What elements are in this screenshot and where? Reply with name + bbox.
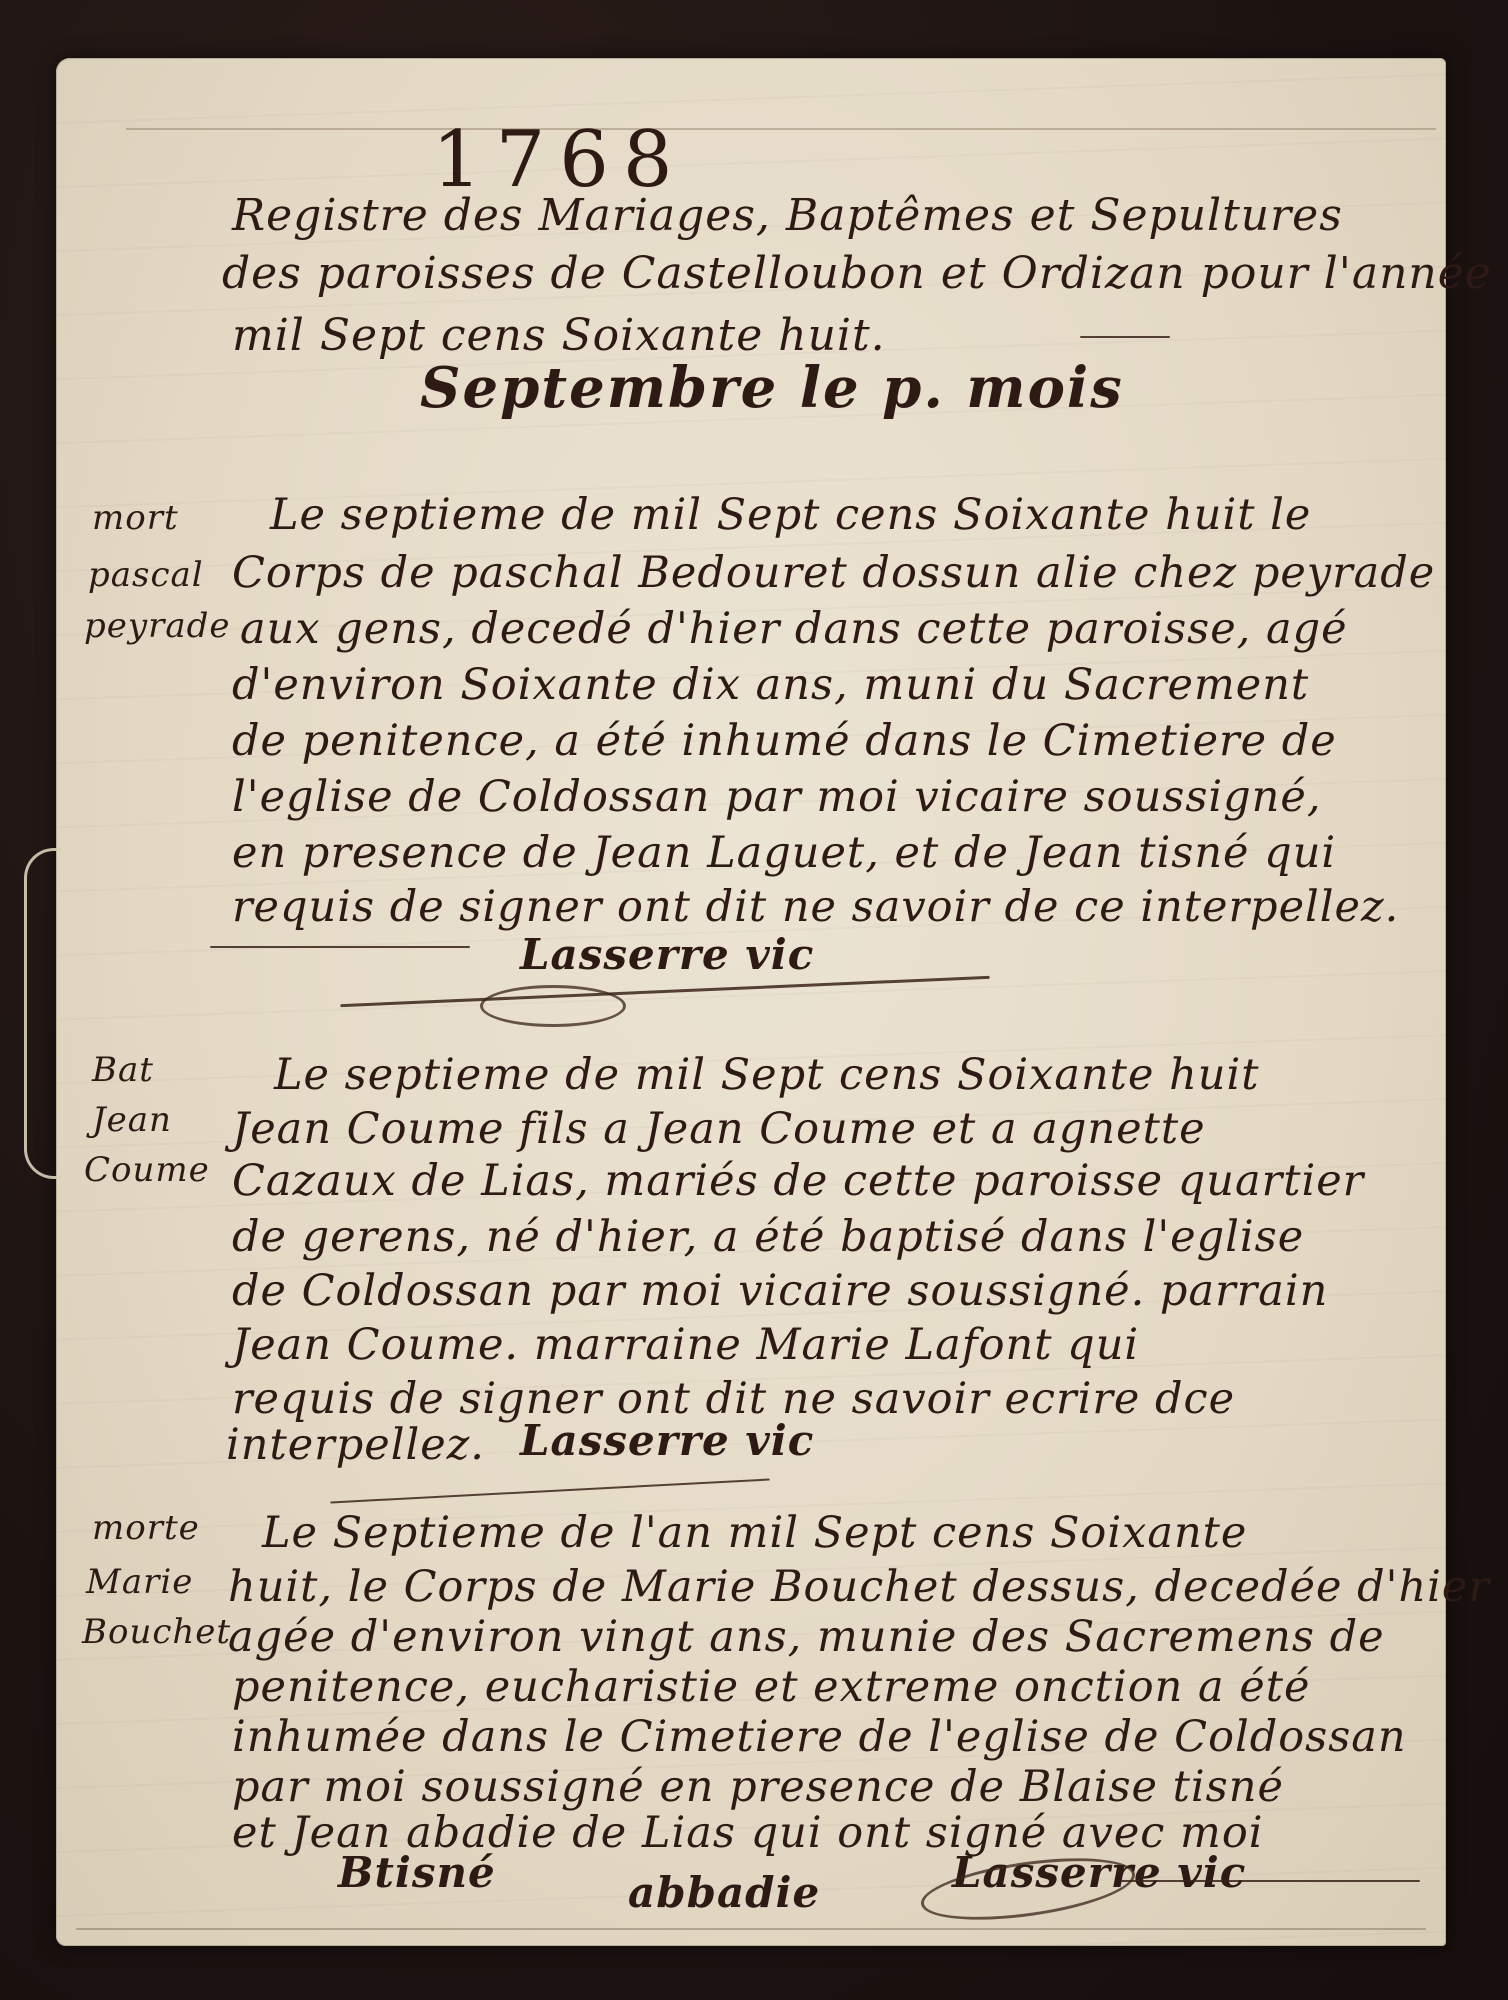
entry-3-line-2: huit, le Corps de Marie Bouchet dessus, … [228, 1562, 1490, 1612]
entry-3-signature-tisne: Btisné [338, 1848, 496, 1897]
entry-3-line-6: par moi soussigné en presence de Blaise … [232, 1762, 1284, 1812]
entry-2-line-2: Jean Coume fils a Jean Coume et a agnett… [232, 1104, 1206, 1154]
header-rule [1080, 336, 1170, 338]
entry-1-line-3: aux gens, decedé d'hier dans cette paroi… [240, 604, 1348, 654]
entry-1-line-6: l'eglise de Coldossan par moi vicaire so… [232, 772, 1322, 822]
entry-2-margin-note-3: Coume [84, 1150, 210, 1190]
entry-3-margin-note-1: morte [92, 1508, 200, 1548]
entry-2-line-5: de Coldossan par moi vicaire soussigné. … [232, 1266, 1328, 1316]
entry-1-line-8: requis de signer ont dit ne savoir de ce… [232, 882, 1399, 932]
entry-1-line-4: d'environ Soixante dix ans, muni du Sacr… [232, 660, 1309, 710]
entry-2-line-4: de gerens, né d'hier, a été baptisé dans… [232, 1212, 1304, 1262]
entry-2-margin-note-1: Bat [92, 1050, 154, 1090]
page-bottom-edge [76, 1928, 1426, 1930]
entry-1-margin-note-2: pascal [88, 555, 204, 595]
entry-1-line-2: Corps de paschal Bedouret dossun alie ch… [232, 548, 1435, 598]
header-line-2: des paroisses de Castelloubon et Ordizan… [222, 248, 1492, 299]
entry-3-line-1: Le Septieme de l'an mil Sept cens Soixan… [262, 1508, 1247, 1558]
entry-1-line-5: de penitence, a été inhumé dans le Cimet… [232, 716, 1337, 766]
entry-1-margin-note-3: peyrade [84, 606, 231, 646]
entry-3-line-4: penitence, eucharistie et extreme onctio… [232, 1662, 1310, 1712]
entry-2-line-3: Cazaux de Lias, mariés de cette paroisse… [232, 1156, 1364, 1206]
entry-3-flourish-rule [1120, 1880, 1420, 1882]
entry-1-underline [210, 946, 470, 948]
entry-1-signature: Lasserre vic [520, 930, 814, 979]
entry-3-margin-note-2: Marie [86, 1562, 193, 1602]
month-subtitle: Septembre le p. mois [420, 355, 1124, 421]
entry-1-margin-note-1: mort [92, 498, 179, 538]
entry-1-line-1: Le septieme de mil Sept cens Soixante hu… [270, 490, 1311, 540]
page-fold [126, 128, 1436, 130]
header-line-1: Registre des Mariages, Baptêmes et Sepul… [232, 190, 1343, 241]
entry-3-margin-note-3: Bouchet [82, 1612, 231, 1652]
entry-2-signature: Lasserre vic [520, 1416, 814, 1465]
entry-1-flourish [480, 985, 626, 1027]
entry-3-line-5: inhumée dans le Cimetiere de l'eglise de… [232, 1712, 1407, 1762]
entry-2-margin-note-2: Jean [92, 1100, 172, 1140]
header-line-3: mil Sept cens Soixante huit. [232, 310, 886, 361]
entry-2-line-8: interpellez. [226, 1420, 485, 1470]
binding-string [24, 848, 61, 1179]
entry-3-line-3: agée d'environ vingt ans, munie des Sacr… [228, 1612, 1385, 1662]
entry-3-signature-abbadie: abbadie [628, 1868, 820, 1917]
entry-2-line-1: Le septieme de mil Sept cens Soixante hu… [274, 1050, 1260, 1100]
entry-1-line-7: en presence de Jean Laguet, et de Jean t… [232, 828, 1336, 878]
entry-2-line-6: Jean Coume. marraine Marie Lafont qui [232, 1320, 1139, 1370]
